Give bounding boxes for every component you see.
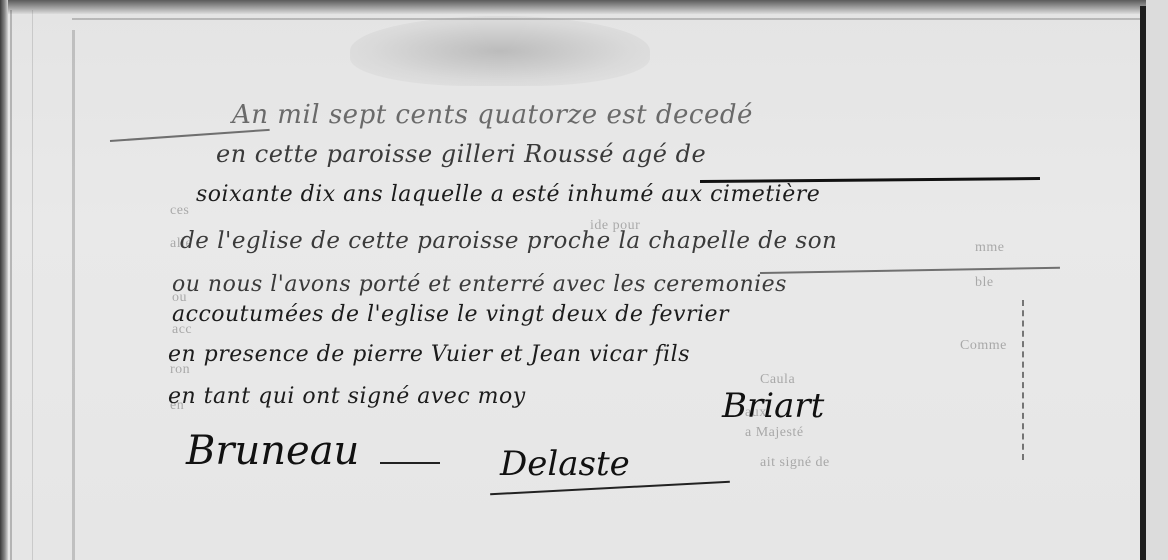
dashed-rule <box>1022 300 1026 460</box>
record-line-5: ou nous l'avons porté et enterré avec le… <box>172 272 787 297</box>
ink-stain <box>350 16 650 86</box>
bleed-text: ait signé de <box>760 455 830 471</box>
bleed-text: ble <box>975 275 994 291</box>
bleed-text: ces <box>170 203 189 219</box>
signature-underline <box>380 462 440 464</box>
page-top-edge <box>0 0 1168 14</box>
record-line-2: en cette paroisse gilleri Roussé agé de <box>216 140 706 168</box>
signature-witness-1: Bruneau <box>186 428 359 474</box>
bleed-text: mme <box>975 240 1005 256</box>
margin-rule <box>72 30 75 560</box>
record-line-6: accoutumées de l'eglise le vingt deux de… <box>172 302 729 327</box>
signature-priest: Briart <box>722 386 824 426</box>
bleed-text: a Majesté <box>745 425 804 441</box>
page-fold <box>10 10 33 560</box>
document-page: ces alle ou acc ron en ide pour mme ble … <box>0 0 1168 560</box>
adjacent-page-edge <box>1146 0 1168 560</box>
page-left-edge <box>0 0 8 560</box>
record-line-8: en tant qui ont signé avec moy <box>168 384 526 409</box>
record-line-4: de l'eglise de cette paroisse proche la … <box>180 228 837 254</box>
bleed-text: Comme <box>960 338 1007 354</box>
flourish-stroke <box>760 267 1060 274</box>
record-line-1: An mil sept cents quatorze est decedé <box>232 100 753 130</box>
record-line-7: en presence de pierre Vuier et Jean vica… <box>168 342 690 367</box>
top-rule <box>72 18 1142 20</box>
signature-witness-2: Delaste <box>500 444 630 484</box>
record-line-3: soixante dix ans laquelle a esté inhumé … <box>196 182 820 207</box>
